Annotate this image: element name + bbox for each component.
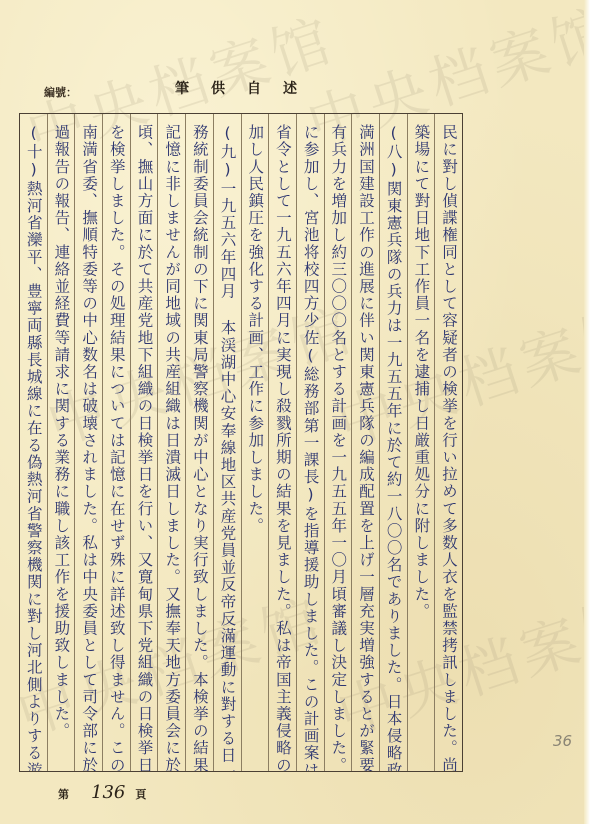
column-text: 有兵力を増加し約三〇〇〇名とする計画を一九五五年一〇月頃審議し決定しました。私は… bbox=[325, 124, 352, 771]
page-prefix: 第 bbox=[58, 788, 69, 801]
sheet-number: 36 bbox=[553, 732, 572, 750]
column-text: 省令として一九五六年四月に実現し殺戮所期の結果を見ました。私は帝国主義侵略の為の… bbox=[269, 124, 296, 771]
manuscript-column: 省令として一九五六年四月に実現し殺戮所期の結果を見ました。私は帝国主義侵略の為の… bbox=[268, 114, 296, 771]
manuscript-grid: 民に對し偵諜権同として容疑者の検挙を行い拉めて多数人衣を監禁拷訊しました。尚熱河… bbox=[19, 113, 463, 772]
manuscript-column: 満洲国建設工作の進展に伴い関東憲兵隊の編成配置を上げ一層充実増強するとが緊要であ… bbox=[351, 114, 379, 771]
column-text: 務統制委員会統制の下に関東局警察機関が中心となり実行致しました。本検挙の結果人員… bbox=[186, 124, 213, 771]
column-text: 加し人民鎮圧を強化する計画、工作に参加しました。 bbox=[242, 124, 269, 771]
manuscript-column: 務統制委員会統制の下に関東局警察機関が中心となり実行致しました。本検挙の結果人員… bbox=[185, 114, 213, 771]
document-number-label: 編號： bbox=[44, 84, 77, 100]
manuscript-column: (十)熱河省灤平、豊寧両縣長城線に在る偽熱河省警察機関に對し河北側よりする游撃匪… bbox=[20, 114, 47, 771]
column-text: 南満省委、撫順特委等の中心数名は破壊されました。私は中央委員として司令部に於て右… bbox=[75, 124, 102, 771]
column-text: (八)関東憲兵隊の兵力は一九五五年に於て約一八〇〇名でありました。日本侵略政策に… bbox=[380, 124, 407, 771]
manuscript-column: 南満省委、撫順特委等の中心数名は破壊されました。私は中央委員として司令部に於て右… bbox=[74, 114, 102, 771]
column-text: 民に對し偵諜権同として容疑者の検挙を行い拉めて多数人衣を監禁拷訊しました。尚熱河… bbox=[435, 124, 462, 771]
manuscript-column: (八)関東憲兵隊の兵力は一九五五年に於て約一八〇〇名でありました。日本侵略政策に… bbox=[379, 114, 407, 771]
column-text: に参加し、宮池将校四方少佐(総務部第一課長)を指導援助しました。この計画案は関東… bbox=[297, 124, 324, 771]
manuscript-column: 民に對し偵諜権同として容疑者の検挙を行い拉めて多数人衣を監禁拷訊しました。尚熱河… bbox=[434, 114, 462, 771]
column-text: を検挙しました。その処理結果については記憶に在せず殊に詳述致し得ません。この点誠… bbox=[103, 124, 130, 771]
manuscript-column: に参加し、宮池将校四方少佐(総務部第一課長)を指導援助しました。この計画案は関東… bbox=[296, 114, 324, 771]
manuscript-column: 築場にて對日地下工作員一名を逮捕し日厳重処分に附しました。 bbox=[407, 114, 435, 771]
manuscript-column: 加し人民鎮圧を強化する計画、工作に参加しました。 bbox=[241, 114, 269, 771]
column-text: (十)熱河省灤平、豊寧両縣長城線に在る偽熱河省警察機関に對し河北側よりする游撃匪… bbox=[20, 124, 47, 771]
manuscript-column: 記憶に非しませんが同地域の共産組織は日潰滅日しました。又撫奉天地方委員会に於て、… bbox=[157, 114, 185, 771]
column-text: 築場にて對日地下工作員一名を逮捕し日厳重処分に附しました。 bbox=[408, 124, 435, 771]
document-title: 筆供自述 bbox=[175, 78, 319, 98]
manuscript-column: 過報告の報告、連絡並経費等請求に関する業務に職し該工作を援助致しました。 bbox=[47, 114, 75, 771]
page-number: 第136頁 bbox=[58, 782, 146, 803]
column-text: (九)一九五六年四月 本渓湖中心安奉線地区共産党員並反帝反滿運動に對する日一斉検… bbox=[214, 124, 241, 771]
manuscript-column: 頃、撫山方面に於て共産党地下組織の日検挙日を行い、又寛甸県下党組織の日検挙日によ… bbox=[130, 114, 158, 771]
manuscript-column: を検挙しました。その処理結果については記憶に在せず殊に詳述致し得ません。この点誠… bbox=[102, 114, 130, 771]
column-text: 過報告の報告、連絡並経費等請求に関する業務に職し該工作を援助致しました。 bbox=[48, 124, 75, 771]
manuscript-column: (九)一九五六年四月 本渓湖中心安奉線地区共産党員並反帝反滿運動に對する日一斉検… bbox=[213, 114, 241, 771]
column-text: 満洲国建設工作の進展に伴い関東憲兵隊の編成配置を上げ一層充実増強するとが緊要であ… bbox=[352, 124, 379, 771]
manuscript-column: 有兵力を増加し約三〇〇〇名とする計画を一九五五年一〇月頃審議し決定しました。私は… bbox=[324, 114, 352, 771]
column-text: 頃、撫山方面に於て共産党地下組織の日検挙日を行い、又寛甸県下党組織の日検挙日によ… bbox=[131, 124, 158, 771]
page-number-value: 136 bbox=[91, 782, 125, 803]
column-text: 記憶に非しませんが同地域の共産組織は日潰滅日しました。又撫奉天地方委員会に於て、… bbox=[158, 124, 185, 771]
page-suffix: 頁 bbox=[135, 788, 146, 801]
paper-edge bbox=[584, 0, 590, 824]
